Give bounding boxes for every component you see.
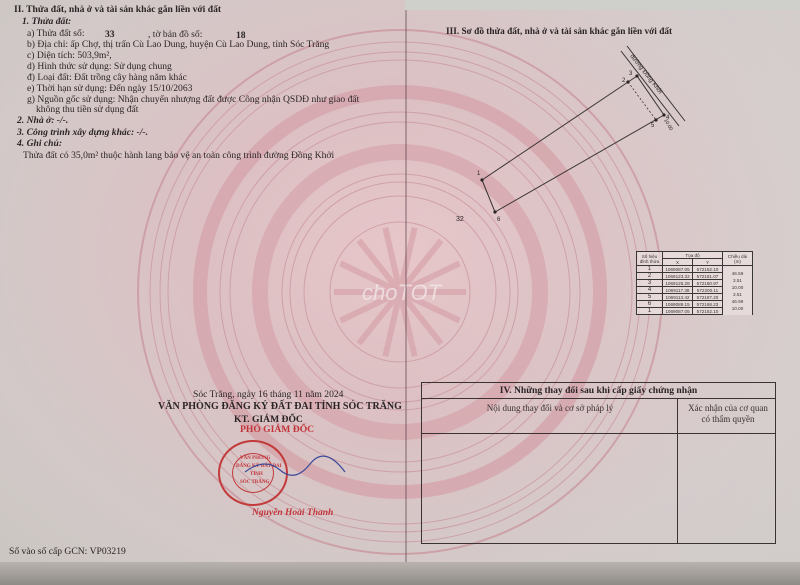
land-type: đ) Loại đất: Đất trồng cây hàng năm khác: [27, 72, 187, 83]
background-surface: [0, 562, 800, 585]
top-edge: [405, 0, 800, 10]
usage-form: d) Hình thức sử dụng: Sử dụng chung: [27, 61, 172, 72]
coordinate-row: 11069087.05572152.1010.00: [637, 308, 753, 315]
origin-line2: không thu tiền sử dụng đất: [36, 104, 138, 115]
changes-title: IV. Những thay đổi sau khi cấp giấy chứn…: [422, 383, 775, 399]
section-iii-title: III. Sơ đồ thửa đất, nhà ở và tài sản kh…: [446, 27, 672, 38]
svg-text:2: 2: [622, 78, 626, 84]
land-heading: 1. Thửa đất:: [22, 16, 71, 27]
signer-name: Nguyễn Hoài Thanh: [252, 508, 333, 519]
address: b) Địa chỉ: ấp Chợ, thị trấn Cù Lao Dung…: [27, 39, 329, 50]
svg-text:1: 1: [477, 171, 481, 177]
usage-term: e) Thời hạn sử dụng: Đến ngày 15/10/2063: [27, 83, 192, 94]
svg-text:choTOT: choTOT: [362, 280, 443, 305]
office-name: VĂN PHÒNG ĐĂNG KÝ ĐẤT ĐAI TỈNH SÓC TRĂNG: [158, 401, 402, 412]
page-fold: [405, 0, 407, 562]
changes-col1-header: Nội dung thay đổi và cơ sở pháp lý: [422, 403, 678, 414]
changes-col2-header-l2: có thẩm quyền: [680, 414, 776, 425]
svg-text:6: 6: [497, 217, 501, 223]
house-item: 2. Nhà ở: -/-.: [17, 115, 68, 126]
width-label: 10.00: [662, 118, 674, 132]
area: c) Diện tích: 503,9m²,: [27, 50, 112, 61]
coordinate-table: Số hiệu đỉnh thửa Tọa độ Chiều dài (m) X…: [636, 251, 753, 315]
parcel-no-label: a) Thửa đất số:: [27, 28, 85, 39]
svg-text:3: 3: [629, 71, 633, 77]
other-works-item: 3. Công trình xây dựng khác: -/-.: [17, 127, 148, 138]
notes-heading: 4. Ghi chú:: [17, 138, 62, 149]
notes-text: Thửa đất có 35,0m² thuộc hành lang bảo v…: [23, 150, 334, 161]
signature-scribble: [240, 452, 350, 482]
parcel-diagram: 1 2 3 4 5 6 32 đường Đồng Khởi 10.00: [430, 40, 690, 240]
registry-number: Số vào sổ cấp GCN: VP03219: [9, 546, 126, 557]
svg-text:5: 5: [651, 123, 655, 129]
deputy-director-title: PHÓ GIÁM ĐỐC: [240, 424, 314, 435]
changes-col2-header-l1: Xác nhận của cơ quan: [680, 403, 776, 414]
changes-table: IV. Những thay đổi sau khi cấp giấy chứn…: [421, 382, 776, 544]
date-line: Sóc Trăng, ngày 16 tháng 11 năm 2024: [193, 389, 343, 400]
svg-text:32: 32: [456, 216, 464, 223]
section-ii-title: II. Thửa đất, nhà ở và tài sản khác gắn …: [14, 4, 221, 15]
certificate-page: choTOT II. Thửa đất, nhà ở và tài sản kh…: [0, 0, 800, 562]
